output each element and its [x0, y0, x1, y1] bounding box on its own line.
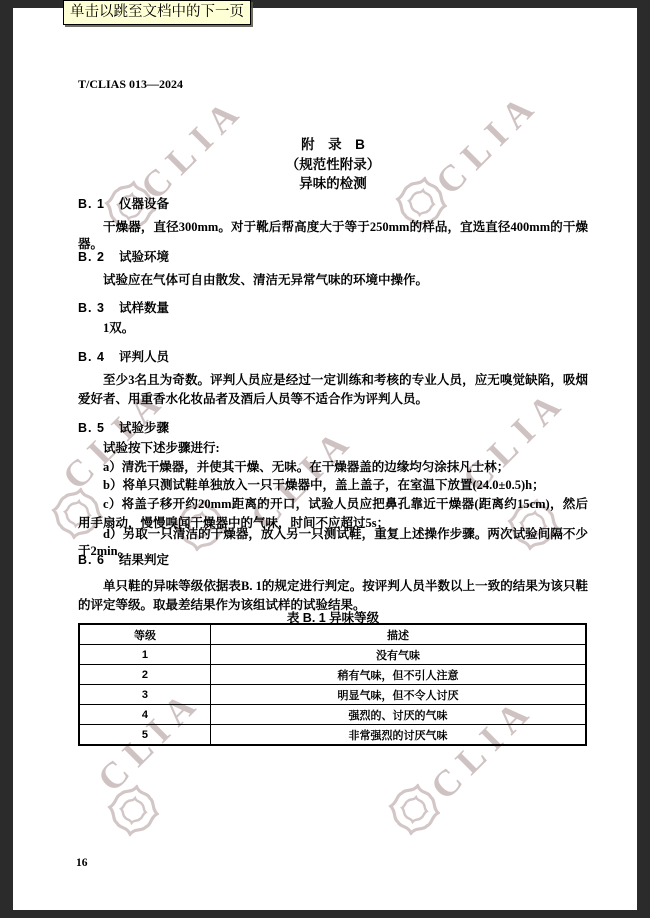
table-header-cell: 描述	[210, 624, 586, 645]
section-number: B. 2	[78, 250, 105, 264]
list-item: b）将单只测试鞋单独放入一只干燥器中，盖上盖子，在室温下放置(24.0±0.5)…	[78, 477, 588, 494]
table-cell: 没有气味	[210, 645, 586, 665]
section-heading: B. 4评判人员	[78, 347, 588, 365]
table-cell: 明显气味，但不令人讨厌	[210, 685, 586, 705]
table-row: 3明显气味，但不令人讨厌	[79, 685, 586, 705]
section-heading: B. 6结果判定	[78, 550, 588, 568]
paragraph: 1双。	[78, 320, 588, 337]
table-row: 1没有气味	[79, 645, 586, 665]
section-heading: B. 2试验环境	[78, 247, 588, 265]
section-heading: B. 1仪器设备	[78, 194, 588, 212]
section-number: B. 3	[78, 301, 105, 315]
table-cell: 1	[79, 645, 210, 665]
paragraph: 至少3名且为奇数。评判人员应是经过一定训练和考核的专业人员，应无嗅觉缺陷，吸烟爱…	[78, 371, 588, 409]
table-cell: 3	[79, 685, 210, 705]
section-number: B. 5	[78, 421, 105, 435]
appendix-topic: 异味的检测	[78, 172, 588, 192]
viewer-frame: CLIACLIACLIACLIACLIACLIACLIA T/CLIAS 013…	[0, 0, 650, 918]
section-number: B. 1	[78, 197, 105, 211]
table-cell: 2	[79, 665, 210, 685]
paragraph: 试验按下述步骤进行:	[78, 440, 588, 457]
table-header-row: 等级描述	[79, 624, 586, 645]
section-title: 试验环境	[119, 250, 169, 264]
next-page-tooltip: 单击以跳至文档中的下一页	[63, 0, 251, 25]
section-title: 结果判定	[119, 553, 169, 567]
section-title: 评判人员	[119, 350, 169, 364]
appendix-subtitle: （规范性附录）	[78, 153, 588, 173]
odor-grade-table: 等级描述1没有气味2稍有气味，但不引人注意3明显气味，但不令人讨厌4强烈的、讨厌…	[78, 623, 587, 746]
table-row: 2稍有气味，但不引人注意	[79, 665, 586, 685]
section-title: 仪器设备	[119, 197, 169, 211]
doc-number: T/CLIAS 013—2024	[78, 77, 588, 92]
appendix-title: 附 录 B	[78, 133, 588, 153]
section-heading: B. 3试样数量	[78, 298, 588, 316]
table-row: 4强烈的、讨厌的气味	[79, 705, 586, 725]
section-title: 试样数量	[119, 301, 169, 315]
paragraph: 试验应在气体可自由散发、清洁无异常气味的环境中操作。	[78, 272, 588, 289]
leather-badge-icon	[384, 780, 443, 844]
table-cell: 非常强烈的讨厌气味	[210, 725, 586, 746]
table-row: 5非常强烈的讨厌气味	[79, 725, 586, 746]
table-cell: 5	[79, 725, 210, 746]
leather-badge-icon	[103, 781, 162, 845]
document-page[interactable]: CLIACLIACLIACLIACLIACLIACLIA T/CLIAS 013…	[13, 8, 637, 910]
section-number: B. 4	[78, 350, 105, 364]
table-cell: 稍有气味，但不引人注意	[210, 665, 586, 685]
section-heading: B. 5试验步骤	[78, 418, 588, 436]
section-number: B. 6	[78, 553, 105, 567]
table-header-cell: 等级	[79, 624, 210, 645]
table-cell: 4	[79, 705, 210, 725]
page-number: 16	[76, 857, 136, 869]
list-item: a）清洗干燥器，并使其干燥、无味。在干燥器盖的边缘均匀涂抹凡士林；	[78, 459, 588, 476]
section-title: 试验步骤	[119, 421, 169, 435]
table-cell: 强烈的、讨厌的气味	[210, 705, 586, 725]
